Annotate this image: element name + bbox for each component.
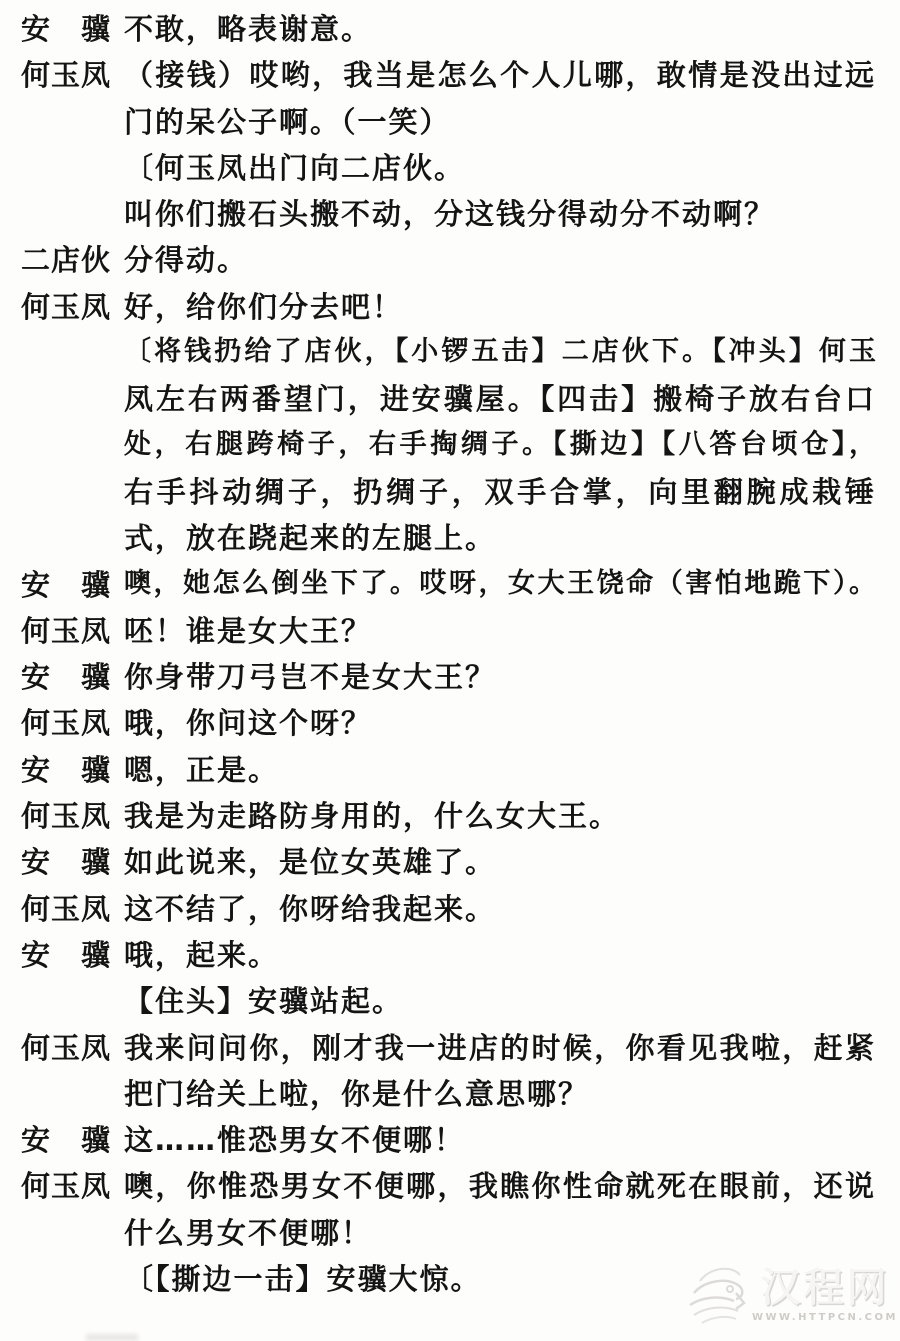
line-text: 分得动。: [124, 245, 876, 275]
speaker-name: 何玉凤: [0, 894, 124, 924]
line-text: 如此说来，是位女英雄了。: [124, 847, 876, 877]
script-line: 式，放在跷起来的左腿上。: [0, 523, 900, 569]
watermark-text-column: 汉程网 WWW.HTTPCN.COM: [752, 1268, 898, 1323]
script-line: 二店伙分得动。: [0, 245, 900, 291]
line-text: 这不结了，你呀给我起来。: [124, 894, 876, 924]
script-line: 安 骥嗯，正是。: [0, 755, 900, 801]
watermark-site-url: WWW.HTTPCN.COM: [752, 1312, 898, 1323]
line-text: 好，给你们分去吧！: [124, 292, 876, 322]
script-line: 何玉凤好，给你们分去吧！: [0, 292, 900, 338]
line-text: 呸！谁是女大王？: [124, 616, 876, 646]
script-line: 安 骥这……惟恐男女不便哪！: [0, 1125, 900, 1171]
speaker-name: 安 骥: [0, 570, 124, 600]
script-body: 安 骥不敢，略表谢意。何玉凤（接钱）哎哟，我当是怎么个人儿哪，敢情是没出过远门的…: [0, 14, 900, 1310]
speaker-name: 二店伙: [0, 245, 124, 275]
line-text: 我是为走路防身用的，什么女大王。: [124, 801, 876, 831]
speaker-name: 何玉凤: [0, 60, 124, 90]
speaker-name: 何玉凤: [0, 1033, 124, 1063]
speaker-name: 安 骥: [0, 14, 124, 44]
script-line: 安 骥你身带刀弓岂不是女大王？: [0, 662, 900, 708]
script-line: 安 骥噢，她怎么倒坐下了。哎呀，女大王饶命（害怕地跪下）。: [0, 570, 900, 616]
script-line: 门的呆公子啊。（一笑）: [0, 107, 900, 153]
line-text: 右手抖动绸子，扔绸子，双手合掌，向里翻腕成栽锤: [124, 477, 876, 507]
script-line: 何玉凤噢，你惟恐男女不便哪，我瞧你性命就死在眼前，还说: [0, 1171, 900, 1217]
script-line: 安 骥如此说来，是位女英雄了。: [0, 847, 900, 893]
speaker-name: 安 骥: [0, 847, 124, 877]
line-text: 处，右腿跨椅子，右手掏绸子。【撕边】【八答台顷仓】，: [124, 431, 876, 459]
script-line: 〔何玉凤出门向二店伙。: [0, 153, 900, 199]
script-line: 叫你们搬石头搬不动，分这钱分得动分不动啊？: [0, 199, 900, 245]
watermark-site-name: 汉程网: [752, 1268, 898, 1308]
hancheng-logo-icon: [686, 1259, 752, 1331]
scanned-script-page: 安 骥不敢，略表谢意。何玉凤（接钱）哎哟，我当是怎么个人儿哪，敢情是没出过远门的…: [0, 0, 900, 1341]
script-line: 何玉凤呸！谁是女大王？: [0, 616, 900, 662]
line-text: 把门给关上啦，你是什么意思哪？: [124, 1079, 876, 1109]
line-text: 噢，你惟恐男女不便哪，我瞧你性命就死在眼前，还说: [124, 1171, 876, 1201]
script-line: 何玉凤我是为走路防身用的，什么女大王。: [0, 801, 900, 847]
line-text: 门的呆公子啊。（一笑）: [124, 107, 876, 137]
speaker-name: 何玉凤: [0, 616, 124, 646]
script-line: 何玉凤这不结了，你呀给我起来。: [0, 894, 900, 940]
watermark: 汉程网 WWW.HTTPCN.COM: [686, 1259, 894, 1331]
line-text: 什么男女不便哪！: [124, 1218, 876, 1248]
script-line: 【住头】安骥站起。: [0, 986, 900, 1032]
script-line: 何玉凤哦，你问这个呀？: [0, 708, 900, 754]
speaker-name: 何玉凤: [0, 1171, 124, 1201]
line-text: 哦，你问这个呀？: [124, 708, 876, 738]
line-text: 【住头】安骥站起。: [124, 986, 876, 1016]
speaker-name: 何玉凤: [0, 801, 124, 831]
script-line: 右手抖动绸子，扔绸子，双手合掌，向里翻腕成栽锤: [0, 477, 900, 523]
script-line: 安 骥哦，起来。: [0, 940, 900, 986]
line-text: 我来问问你，刚才我一进店的时候，你看见我啦，赶紧: [124, 1033, 876, 1063]
speaker-name: 安 骥: [0, 1125, 124, 1155]
line-text: 〔将钱扔给了店伙，【小锣五击】二店伙下。【冲头】何玉: [124, 338, 876, 366]
line-text: 嗯，正是。: [124, 755, 876, 785]
script-line: 什么男女不便哪！: [0, 1218, 900, 1264]
line-text: 这……惟恐男女不便哪！: [124, 1125, 876, 1155]
script-line: 何玉凤我来问问你，刚才我一进店的时候，你看见我啦，赶紧: [0, 1033, 900, 1079]
script-line: 把门给关上啦，你是什么意思哪？: [0, 1079, 900, 1125]
script-line: 处，右腿跨椅子，右手掏绸子。【撕边】【八答台顷仓】，: [0, 431, 900, 477]
line-text: 叫你们搬石头搬不动，分这钱分得动分不动啊？: [124, 199, 876, 229]
line-text: 式，放在跷起来的左腿上。: [124, 523, 876, 553]
speaker-name: 何玉凤: [0, 292, 124, 322]
line-text: 不敢，略表谢意。: [124, 14, 876, 44]
script-line: 凤左右两番望门，进安骥屋。【四击】搬椅子放右台口: [0, 384, 900, 430]
line-text: 你身带刀弓岂不是女大王？: [124, 662, 876, 692]
script-line: 安 骥不敢，略表谢意。: [0, 14, 900, 60]
speaker-name: 安 骥: [0, 755, 124, 785]
line-text: 哦，起来。: [124, 940, 876, 970]
speaker-name: 安 骥: [0, 662, 124, 692]
page-number-smudge: [86, 1334, 138, 1341]
script-line: 〔将钱扔给了店伙，【小锣五击】二店伙下。【冲头】何玉: [0, 338, 900, 384]
speaker-name: 安 骥: [0, 940, 124, 970]
line-text: 凤左右两番望门，进安骥屋。【四击】搬椅子放右台口: [124, 384, 876, 414]
script-line: 何玉凤（接钱）哎哟，我当是怎么个人儿哪，敢情是没出过远: [0, 60, 900, 106]
speaker-name: 何玉凤: [0, 708, 124, 738]
line-text: （接钱）哎哟，我当是怎么个人儿哪，敢情是没出过远: [124, 60, 876, 90]
line-text: 噢，她怎么倒坐下了。哎呀，女大王饶命（害怕地跪下）。: [124, 570, 876, 598]
line-text: 〔何玉凤出门向二店伙。: [124, 153, 876, 183]
